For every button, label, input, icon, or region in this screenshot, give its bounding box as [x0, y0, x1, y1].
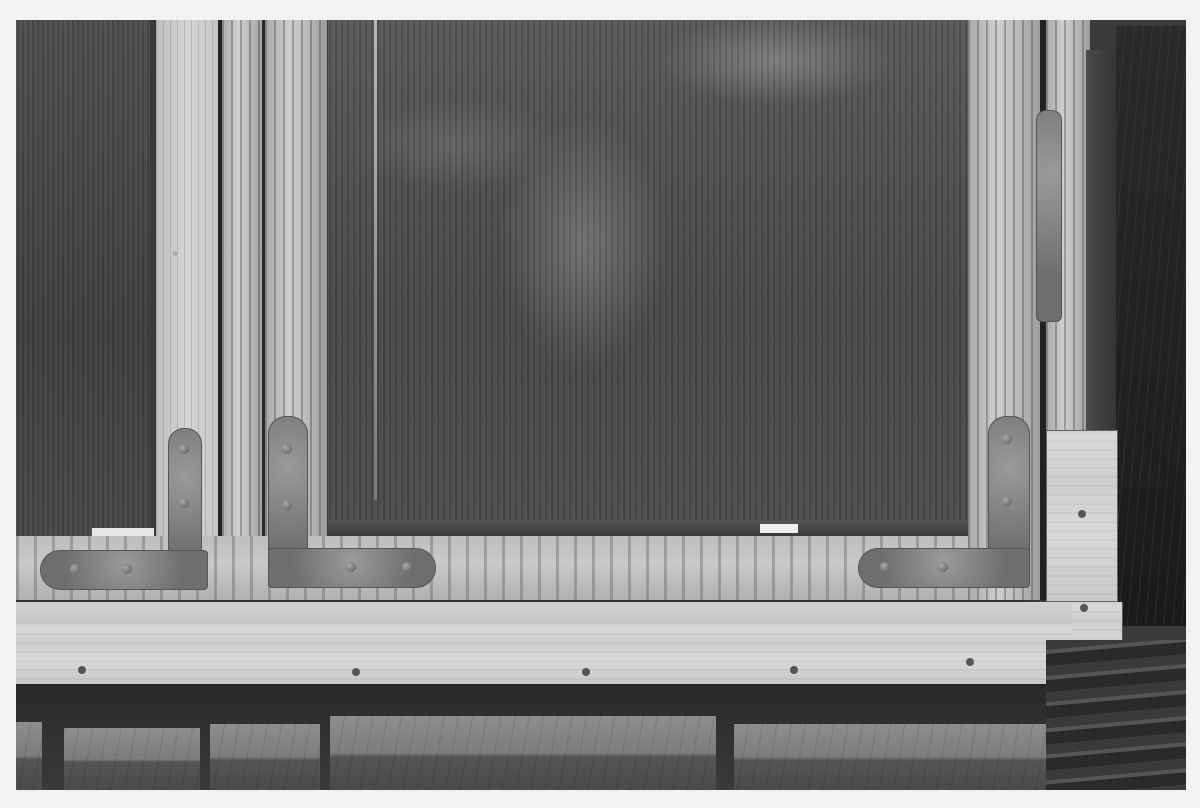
dark-doorway: [1116, 26, 1186, 626]
bolt-icon: [282, 500, 292, 510]
bolt-icon: [402, 562, 412, 572]
main-pane-glazing-bar: [328, 520, 968, 536]
foundation-log: [330, 716, 716, 790]
bolt-icon: [179, 498, 189, 508]
foundation-log: [64, 728, 200, 790]
glass-crack: [374, 20, 377, 500]
bolt-icon: [70, 564, 80, 574]
left-glass-pane: [16, 20, 150, 540]
photograph: [16, 20, 1186, 790]
sill-board-top: [16, 602, 1122, 624]
bolt-icon: [880, 562, 890, 572]
nail-icon: [352, 668, 360, 676]
nail-icon: [582, 668, 590, 676]
vertical-hinge-icon: [1036, 110, 1062, 322]
center-left-mullion: [222, 20, 264, 604]
paper-scrap: [760, 524, 798, 533]
bolt-icon: [282, 444, 292, 454]
foundation-log: [16, 722, 42, 790]
bolt-icon: [179, 444, 189, 454]
rubble-logs: [1046, 640, 1186, 790]
nail-icon: [790, 666, 798, 674]
nail-icon: [966, 658, 974, 666]
main-glass-pane: [328, 20, 968, 520]
bolt-icon: [938, 562, 948, 572]
foundation-log: [210, 724, 320, 790]
bolt-icon: [1002, 434, 1012, 444]
sill-board-face: [16, 624, 1076, 686]
nail-icon: [78, 666, 86, 674]
bolt-icon: [1002, 496, 1012, 506]
bolt-icon: [122, 564, 132, 574]
foundation-log: [734, 724, 1046, 790]
nail-icon: [1078, 510, 1086, 518]
nail-icon: [1080, 604, 1088, 612]
bolt-icon: [346, 562, 356, 572]
